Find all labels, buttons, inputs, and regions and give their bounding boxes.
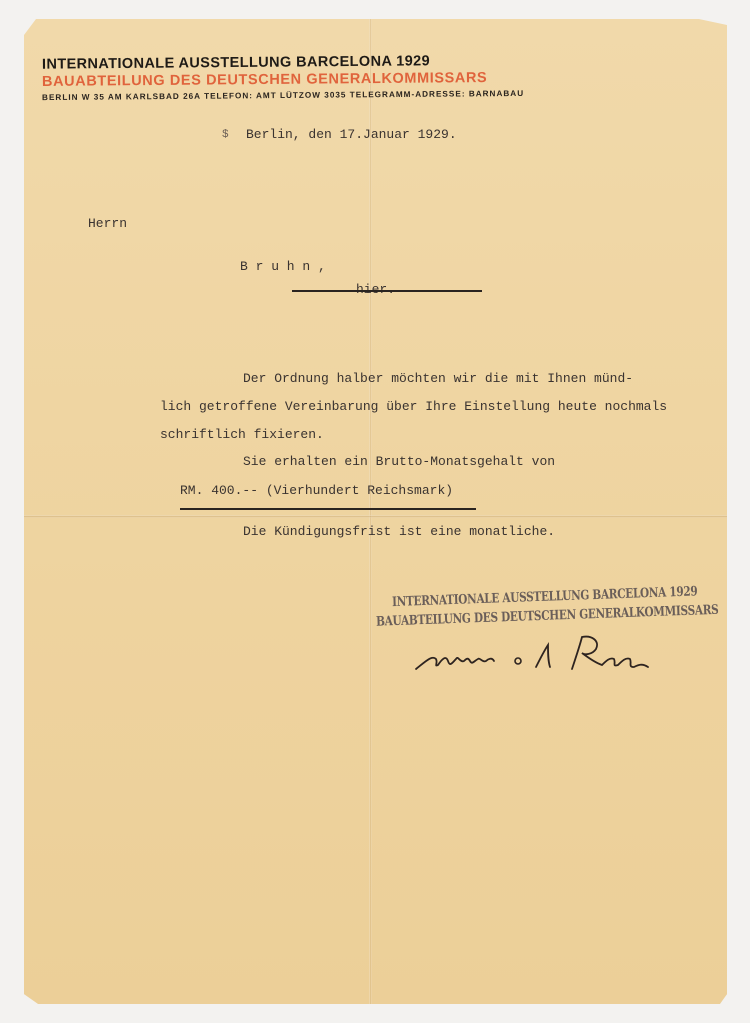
letter-sheet: INTERNATIONALE AUSSTELLUNG BARCELONA 192… [24,19,727,1004]
vertical-fold-crease [369,19,372,1004]
horizontal-fold-crease [24,515,727,518]
letterhead-title: INTERNATIONALE AUSSTELLUNG BARCELONA 192… [42,53,430,72]
notice-period-line: Die Kündigungsfrist ist eine monatliche. [243,524,555,539]
salutation: Herrn [88,216,127,231]
signature [412,631,662,681]
date-line: Berlin, den 17.Januar 1929. [246,127,457,142]
letterhead-address: BERLIN W 35 AM KARLSBAD 26A TELEFON: AMT… [42,89,524,102]
body-line-3: schriftlich fixieren. [160,427,324,442]
body-line-2: lich getroffene Vereinbarung über Ihre E… [160,399,667,414]
address-underline [292,290,482,292]
signature-icon [412,631,662,676]
salary-line: RM. 400.-- (Vierhundert Reichsmark) [180,483,453,498]
body-line-1: Der Ordnung halber möchten wir die mit I… [243,371,633,386]
recipient-name: B r u h n , [240,259,326,274]
letterhead-department: BAUABTEILUNG DES DEUTSCHEN GENERALKOMMIS… [42,70,487,90]
date-mark: $ [222,129,229,141]
salary-underline [180,508,476,510]
body-line-4: Sie erhalten ein Brutto-Monatsgehalt von [243,454,555,469]
